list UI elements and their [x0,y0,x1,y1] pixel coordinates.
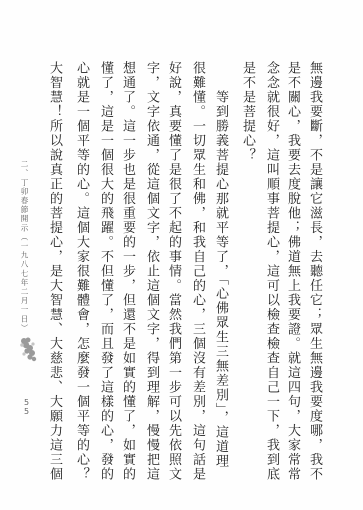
text-column-9: 想通了。這一步也是很重要的一步，但還不是如實的懂了，如實的 [118,61,134,482]
text-column-5: 等到勝義菩提心那就平等了，「心佛眾生三無差別」，這道理 [211,90,227,469]
text-column-6: 很難懂。一切眾生和佛，和我自己的心，三個沒有差別，這句話是 [188,61,204,482]
text-column-10: 懂了，這是一個很大的飛躍。不但懂了，而且發了這樣的心，發的 [96,61,112,482]
text-column-7: 好說，真要懂了是很了不起的事情。當然我們第一步可以先依照文 [164,61,180,482]
flower-icon [18,336,38,364]
text-column-12: 大智慧！所以說真正的菩提心，是大智慧、大慈悲、大願力這三個 [45,61,61,482]
running-head: 二、丁卯春節開示（一九八七年二月一日） [19,160,29,333]
text-column-11: 心就是一個平等的心。這個大家很難體會，怎麼發一個平等的心？ [72,61,88,482]
page-number: 55 [21,398,31,416]
book-page: 無邊我要斷，不是讓它滋長，去聽任它；眾生無邊我要度哪，我不 是不關心，我要去度脫… [0,0,363,510]
text-column-1: 無邊我要斷，不是讓它滋長，去聽任它；眾生無邊我要度哪，我不 [305,61,321,482]
text-column-2: 是不關心，我要去度脫他；佛道無上我要證。就這四句，大家常常 [283,61,299,482]
text-column-3: 念念就很好，這叫順事菩提心，這可以檢查檢查自己一下，我到底 [262,61,278,482]
text-column-8: 字，文字依通，從這個文字，依止這個文字，得到理解，慢慢把這 [142,61,158,482]
text-column-4: 是不是菩提心？ [238,61,254,163]
